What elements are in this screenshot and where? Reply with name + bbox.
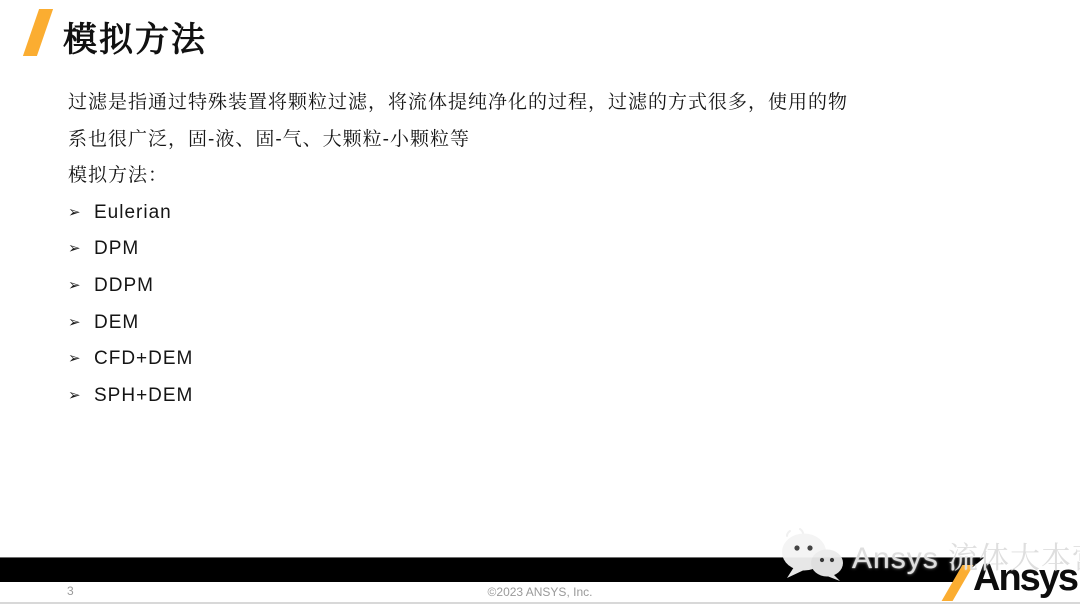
arrow-bullet-icon: ➢ bbox=[68, 305, 94, 342]
watermark-text: Ansys 流体大本营 bbox=[852, 533, 1080, 577]
method-list-item: ➢ CFD+DEM bbox=[68, 341, 898, 378]
method-label: SPH+DEM bbox=[94, 378, 193, 415]
bottom-divider bbox=[0, 602, 1080, 604]
presentation-slide: 模拟方法 过滤是指通过特殊装置将颗粒过滤，将流体提纯净化的过程，过滤的方式很多，… bbox=[0, 0, 1080, 608]
wechat-icon bbox=[780, 528, 844, 582]
arrow-bullet-icon: ➢ bbox=[68, 341, 94, 378]
method-list-item: ➢ DDPM bbox=[68, 268, 898, 305]
page-title: 模拟方法 bbox=[63, 12, 207, 61]
method-label: Eulerian bbox=[94, 195, 172, 232]
arrow-bullet-icon: ➢ bbox=[68, 378, 94, 415]
method-label: CFD+DEM bbox=[94, 341, 193, 378]
body-paragraph-line-2: 系也很广泛，固-液、固-气、大颗粒-小颗粒等 bbox=[68, 122, 898, 159]
method-list-item: ➢ DEM bbox=[68, 305, 898, 342]
method-list-item: ➢ Eulerian bbox=[68, 195, 898, 232]
title-slash-icon bbox=[23, 9, 53, 56]
arrow-bullet-icon: ➢ bbox=[68, 231, 94, 268]
methods-label: 模拟方法： bbox=[68, 158, 898, 195]
arrow-bullet-icon: ➢ bbox=[68, 195, 94, 232]
copyright-text: ©2023 ANSYS, Inc. bbox=[0, 585, 1080, 599]
watermark: Ansys 流体大本营 bbox=[780, 528, 1080, 582]
method-label: DDPM bbox=[94, 268, 154, 305]
body-paragraph-line-1: 过滤是指通过特殊装置将颗粒过滤，将流体提纯净化的过程，过滤的方式很多，使用的物 bbox=[68, 85, 898, 122]
arrow-bullet-icon: ➢ bbox=[68, 268, 94, 305]
method-label: DEM bbox=[94, 305, 139, 342]
method-label: DPM bbox=[94, 231, 139, 268]
method-list-item: ➢ SPH+DEM bbox=[68, 378, 898, 415]
slide-body: 过滤是指通过特殊装置将颗粒过滤，将流体提纯净化的过程，过滤的方式很多，使用的物 … bbox=[68, 85, 898, 414]
method-list-item: ➢ DPM bbox=[68, 231, 898, 268]
